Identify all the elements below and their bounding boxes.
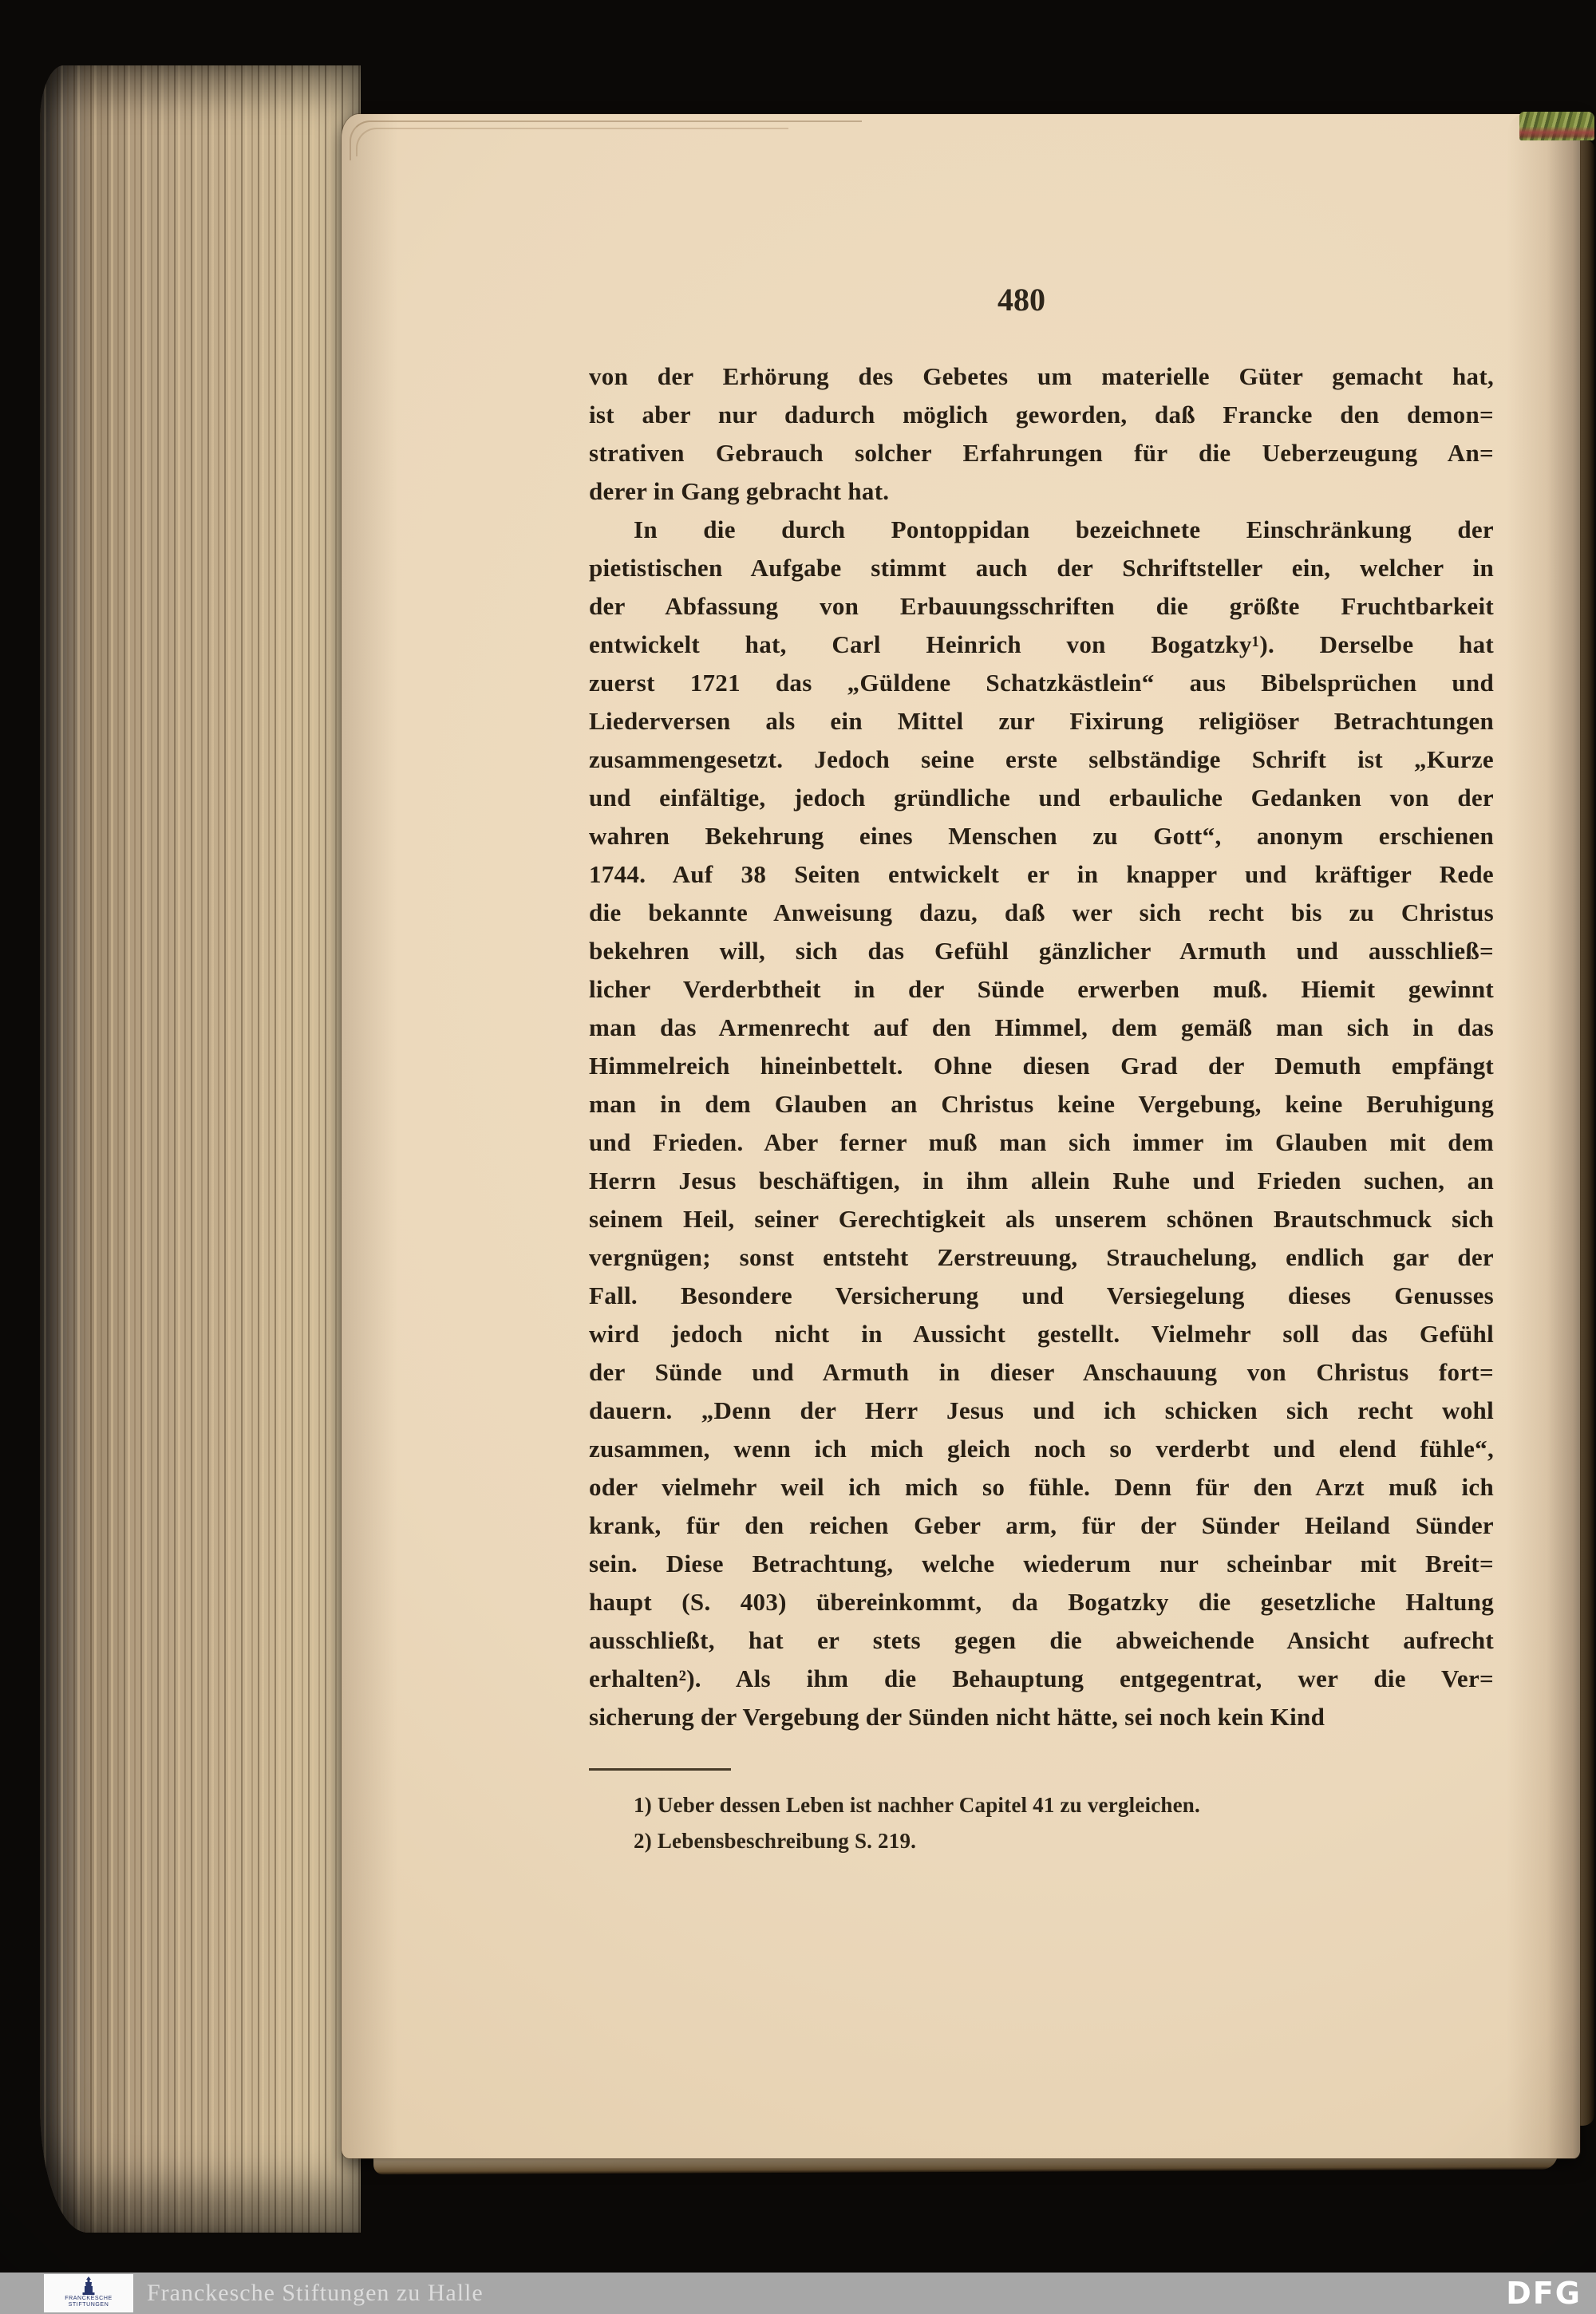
text-line: haupt (S. 403) übereinkommt, da Bogatzky… [589, 1583, 1494, 1621]
text-line: zusammen, wenn ich mich gleich noch so v… [589, 1430, 1494, 1468]
tower-emblem-icon [81, 2276, 97, 2296]
text-line: zusammengesetzt. Jedoch seine erste selb… [589, 740, 1494, 779]
text-line: wahren Bekehrung eines Menschen zu Gott“… [589, 817, 1494, 855]
text-line: dauern. „Denn der Herr Jesus und ich sch… [589, 1392, 1494, 1430]
text-line: vergnügen; sonst entsteht Zerstreuung, S… [589, 1238, 1494, 1277]
text-line: man in dem Glauben an Christus keine Ver… [589, 1085, 1494, 1123]
text-line: der Sünde und Armuth in dieser Anschauun… [589, 1353, 1494, 1392]
text-line: 1744. Auf 38 Seiten entwickelt er in kna… [589, 855, 1494, 894]
footnotes: 1) Ueber dessen Leben ist nachher Capite… [589, 1787, 1494, 1859]
text-line: wird jedoch nicht in Aussicht gestellt. … [589, 1315, 1494, 1353]
dfg-logo: DFG [1506, 2276, 1582, 2311]
text-line: und Frieden. Aber ferner muß man sich im… [589, 1123, 1494, 1162]
text-line: die bekannte Anweisung dazu, daß wer sic… [589, 894, 1494, 932]
text-line: oder vielmehr weil ich mich so fühle. De… [589, 1468, 1494, 1506]
institution-name: Franckesche Stiftungen zu Halle [147, 2280, 484, 2307]
text-line: strativen Gebrauch solcher Erfahrungen f… [589, 434, 1494, 472]
book-page-stack-edge [40, 65, 361, 2233]
text-line: man das Armenrecht auf den Himmel, dem g… [589, 1009, 1494, 1047]
text-line: ausschließt, hat er stets gegen die abwe… [589, 1621, 1494, 1660]
text-line: Fall. Besondere Versicherung und Versieg… [589, 1277, 1494, 1315]
footnote: 2) Lebensbeschreibung S. 219. [589, 1823, 1494, 1859]
text-line: erhalten²). Als ihm die Behauptung entge… [589, 1660, 1494, 1698]
text-line: derer in Gang gebracht hat. [589, 472, 1494, 511]
franckesche-stiftungen-logo: FRANCKESCHE STIFTUNGEN [44, 2274, 133, 2312]
text-line: bekehren will, sich das Gefühl gänzliche… [589, 932, 1494, 970]
text-line: seinem Heil, seiner Gerechtigkeit als un… [589, 1200, 1494, 1238]
logo-caption-top: FRANCKESCHE [65, 2296, 113, 2302]
footnote: 1) Ueber dessen Leben ist nachher Capite… [589, 1787, 1494, 1823]
digitization-footer-bar: FRANCKESCHE STIFTUNGEN Franckesche Stift… [0, 2273, 1596, 2314]
footnote-separator-rule [589, 1768, 731, 1771]
body-text: von der Erhörung des Gebetes um materiel… [589, 357, 1494, 1736]
text-line: sicherung der Vergebung der Sünden nicht… [589, 1698, 1494, 1736]
logo-caption-bottom: STIFTUNGEN [69, 2302, 109, 2308]
text-line: und einfältige, jedoch gründliche und er… [589, 779, 1494, 817]
text-line: licher Verderbtheit in der Sünde erwerbe… [589, 970, 1494, 1009]
text-line: Himmelreich hineinbettelt. Ohne diesen G… [589, 1047, 1494, 1085]
text-line: krank, für den reichen Geber arm, für de… [589, 1506, 1494, 1545]
scanned-book-photo: 480 von der Erhörung des Gebetes um mate… [0, 0, 1596, 2314]
text-line: sein. Diese Betrachtung, welche wiederum… [589, 1545, 1494, 1583]
binding-headband [1519, 112, 1594, 140]
text-line: In die durch Pontoppidan bezeichnete Ein… [589, 511, 1494, 549]
text-line: entwickelt hat, Carl Heinrich von Bogatz… [589, 626, 1494, 664]
page-corner-crease [356, 128, 788, 156]
text-line: Liederversen als ein Mittel zur Fixirung… [589, 702, 1494, 740]
text-line: Herrn Jesus beschäftigen, in ihm allein … [589, 1162, 1494, 1200]
text-line: ist aber nur dadurch möglich geworden, d… [589, 396, 1494, 434]
text-line: pietistischen Aufgabe stimmt auch der Sc… [589, 549, 1494, 587]
text-line: von der Erhörung des Gebetes um materiel… [589, 357, 1494, 396]
page-number: 480 [942, 281, 1101, 318]
text-line: der Abfassung von Erbauungsschriften die… [589, 587, 1494, 626]
text-line: zuerst 1721 das „Güldene Schatzkästlein“… [589, 664, 1494, 702]
